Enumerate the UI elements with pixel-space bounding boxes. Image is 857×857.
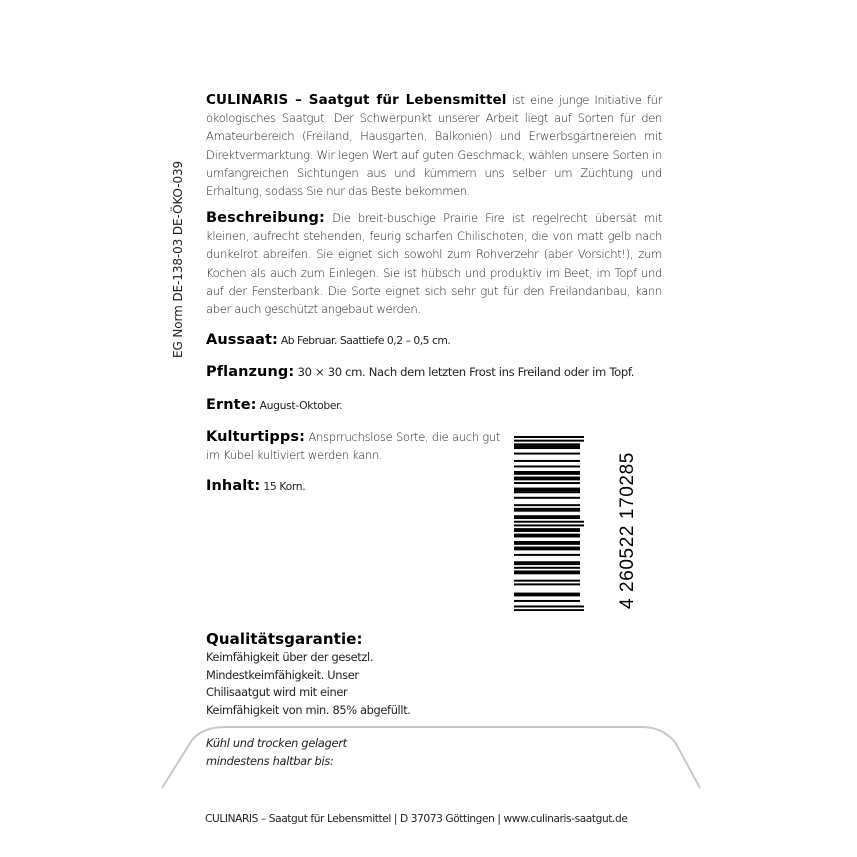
brand-name: CULINARIS – Saatgut für Lebensmittel: [206, 92, 507, 108]
quality-line: Mindestkeimfähigkeit. Unser: [206, 667, 411, 685]
quality-line: Chilisaatgut wird mit einer: [206, 684, 411, 702]
storage-line: mindestens haltbar bis:: [206, 753, 347, 771]
barcode: [514, 436, 614, 611]
quality-guarantee-section: Qualitätsgarantie: Keimfähigkeit über de…: [206, 629, 411, 719]
harvest-text: August-Oktober.: [257, 399, 343, 412]
description-text: Die breit-buschige Prairie Fire ist rege…: [206, 211, 662, 316]
harvest-label: Ernte:: [206, 397, 257, 413]
quality-line: Keimfähigkeit über der gesetzl.: [206, 649, 411, 667]
sowing-section: Aussaat: Ab Februar. Saattiefe 0,2 – 0,5…: [206, 331, 450, 350]
planting-text: 30 × 30 cm. Nach dem letzten Frost ins F…: [294, 365, 634, 379]
storage-line: Kühl und trocken gelagert: [206, 735, 347, 753]
planting-label: Pflanzung:: [206, 364, 294, 380]
intro-text: ist eine junge Initiative für ökologisch…: [206, 93, 662, 198]
sowing-text: Ab Februar. Saattiefe 0,2 – 0,5 cm.: [278, 334, 450, 347]
certification-code: EG Norm DE-138-03 DE-ÖKO-039: [171, 161, 185, 358]
quality-guarantee-label: Qualitätsgarantie:: [206, 629, 411, 649]
contents-text: 15 Korn.: [260, 480, 305, 493]
intro-paragraph: CULINARIS – Saatgut für Lebensmittel ist…: [206, 91, 662, 200]
footer-address: CULINARIS – Saatgut für Lebensmittel | D…: [205, 813, 627, 825]
contents-section: Inhalt: 15 Korn.: [206, 477, 305, 496]
storage-note: Kühl und trocken gelagert mindestens hal…: [206, 735, 347, 770]
planting-section: Pflanzung: 30 × 30 cm. Nach dem letzten …: [206, 363, 634, 381]
cultivation-tips-label: Kulturtipps:: [206, 429, 305, 445]
description-section: Beschreibung: Die breit-buschige Prairie…: [206, 209, 662, 318]
quality-line: Keimfähigkeit von min. 85% abgefüllt.: [206, 702, 411, 720]
barcode-number: 4 260522 170285: [617, 452, 639, 609]
contents-label: Inhalt:: [206, 478, 260, 494]
harvest-section: Ernte: August-Oktober.: [206, 396, 342, 415]
sowing-label: Aussaat:: [206, 332, 278, 348]
description-label: Beschreibung:: [206, 210, 325, 226]
cultivation-tips-section: Kulturtipps: Ansprruchslose Sorte, die a…: [206, 428, 500, 464]
